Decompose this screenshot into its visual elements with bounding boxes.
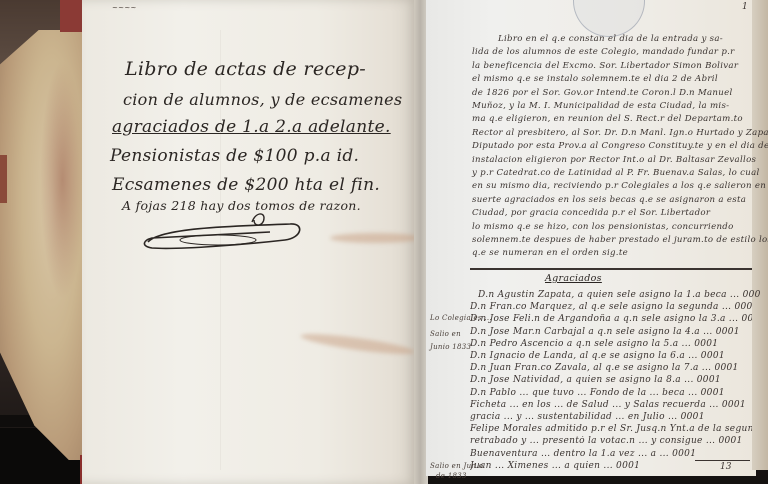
rubric-flourish-icon (140, 210, 310, 260)
body-line: el mismo q.e se instalo solemnem.te el d… (472, 74, 718, 84)
body-line: lida de los alumnos de este Colegio, man… (472, 47, 735, 57)
margin-note: de 1833 (436, 472, 467, 480)
body-line: instalacion eligieron por Rector Int.o a… (472, 155, 756, 165)
student-entry: D.n Jose Natividad, a quien se asigno la… (470, 375, 721, 385)
student-entry: retrabado y ... presentó la votac.n ... … (470, 436, 743, 446)
title-line-4: Pensionistas de $100 p.a id. (110, 146, 359, 166)
body-line: q.e se numeran en el orden sig.te (472, 248, 628, 258)
margin-note: Junio 1833 (430, 343, 471, 351)
margin-note: Salio en (430, 330, 461, 338)
student-entry: D.n Juan Fran.co Zavala, al q.e se asign… (470, 363, 739, 373)
student-entry: D.n Fran.co Marquez, al q.e sele asigno … (470, 302, 752, 312)
body-line: Ciudad, por gracia concedida p.r el Sor.… (472, 208, 710, 218)
title-line-3: agraciados de 1.a 2.a adelante. (112, 117, 391, 137)
student-entry: Ficheta ... en los ... de Salud ... y Sa… (470, 400, 746, 410)
title-line-2: cion de alumnos, y de ecsamenes (123, 90, 402, 109)
body-line: lo mismo q.e se hizo, con los pensionist… (472, 222, 734, 232)
cover-stain (40, 60, 85, 300)
student-entry: gracia ... y ... sustentabilidad ... en … (470, 412, 705, 422)
margin-note: Lo Colegiales ... (430, 314, 492, 322)
body-line: la beneficencia del Excmo. Sor. Libertad… (472, 61, 738, 71)
student-entry: D.n Pablo ... que tuvo ... Fondo de la .… (470, 388, 725, 398)
body-line: Rector al presbitero, al Sor. Dr. D.n Ma… (472, 128, 768, 138)
student-entry: Felipe Morales admitido p.r el Sr. Jusq.… (470, 424, 752, 434)
body-line: Diputado por esta Prov.a al Congreso Con… (472, 141, 768, 151)
student-entry: D.n Ignacio de Landa, al q.e se asigno l… (470, 351, 725, 361)
folio-number-bottom: 13 (720, 462, 731, 472)
student-entry: Buenaventura ... dentro la 1.a vez ... a… (470, 449, 696, 459)
student-entry: Juan ... Ximenes ... a quien ... 0001 (470, 461, 640, 471)
section-divider (470, 268, 752, 270)
section-heading: Agraciados (545, 273, 602, 284)
body-line: y p.r Catedrat.co de Latinidad al P. Fr.… (472, 168, 760, 178)
body-line: ma q.e eligieron, en reunion del S. Rect… (472, 114, 743, 124)
body-line: en su mismo dia, reciviendo p.r Colegial… (472, 181, 766, 191)
title-line-5: Ecsamenes de $200 hta el fin. (112, 175, 380, 195)
student-entry: D.n Agustin Zapata, a quien sele asigno … (478, 290, 760, 300)
student-entry: D.n Pedro Ascencio a q.n sele asigno la … (470, 339, 718, 349)
body-line: de 1826 por el Sor. Gov.or Intend.te Cor… (472, 88, 733, 98)
binding-corner-top (60, 0, 84, 32)
paper-stain (330, 233, 420, 243)
binding-tab (0, 155, 7, 203)
folio-number-top: 1 (742, 2, 748, 12)
title-line-1: Libro de actas de recep- (125, 58, 366, 80)
student-entry: D.n Jose Mar.n Carbajal a q.n sele asign… (470, 327, 740, 337)
student-entry: D.n Jose Feli.n de Argandoña a q.n sele … (470, 314, 752, 324)
footer-rule (695, 460, 750, 461)
body-line: solemnem.te despues de haber prestado el… (472, 235, 768, 245)
body-line: Libro en el q.e constan el dia de la ent… (498, 34, 723, 44)
body-line: suerte agraciados en los seis becas q.e … (472, 195, 746, 205)
margin-note: Salio en Jun.o (430, 462, 483, 470)
body-line: Muñoz, y la M. I. Municipalidad de esta … (472, 101, 729, 111)
top-mark: ~~~~ (112, 4, 137, 12)
